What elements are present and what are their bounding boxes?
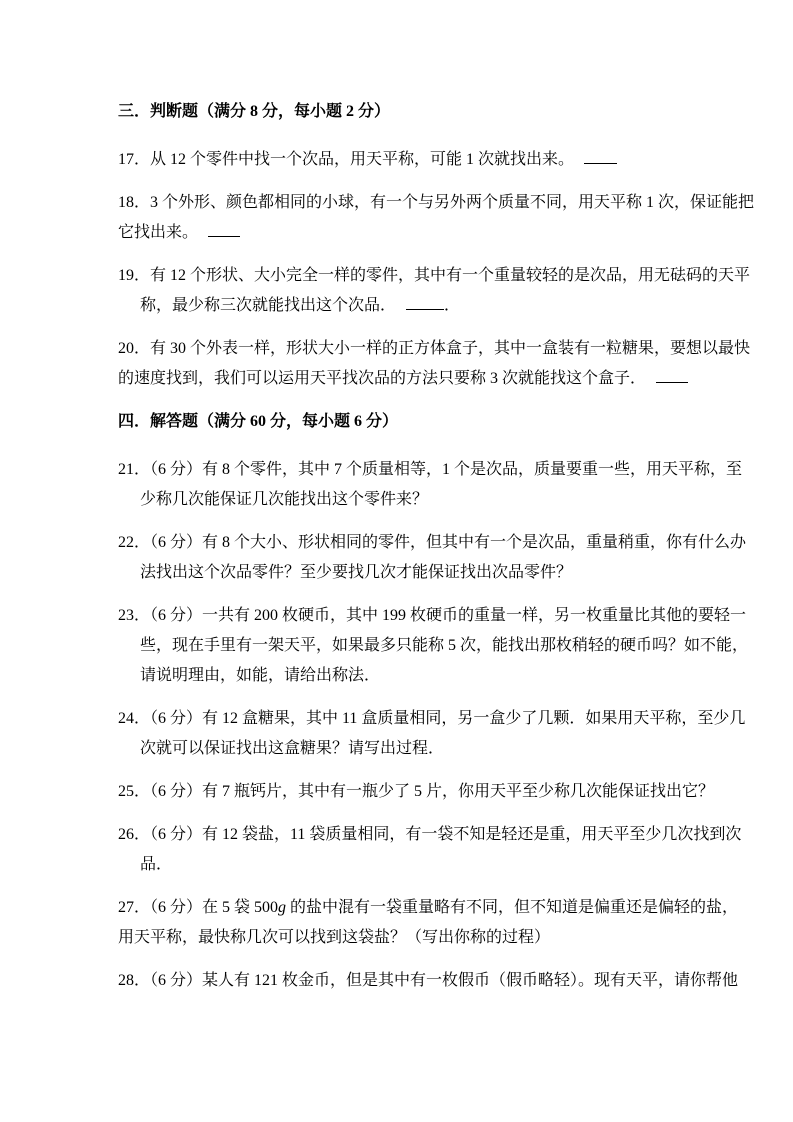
question-21-line: 21．（6 分）有 8 个零件，其中 7 个质量相等，1 个是次品，质量要重一些… [118, 455, 683, 485]
question-19-line: 称，最少称三次就能找出这个次品．． [118, 291, 683, 321]
answer-blank [208, 233, 240, 237]
question-text: 的盐中混有一袋重量略有不同，但不知道是偏重还是偏轻的盐， [286, 899, 738, 916]
question-text: 17．从 12 个零件中找一个次品，用天平称，可能 1 次就找出来。 [118, 151, 574, 168]
question-text: 次就可以保证找出这盒糖果？请写出过程． [140, 740, 444, 757]
question-text: 称，最少称三次就能找出这个次品． [140, 297, 396, 314]
question-22-line: 22．（6 分）有 8 个大小、形状相同的零件，但其中有一个是次品，重量稍重，你… [118, 528, 683, 558]
question-26: 26．（6 分）有 12 袋盐，11 袋质量相同，有一袋不知是轻还是重，用天平至… [118, 820, 683, 880]
question-27-line: 用天平称，最快称几次可以找到这袋盐？（写出你称的过程） [118, 923, 683, 953]
question-21: 21．（6 分）有 8 个零件，其中 7 个质量相等，1 个是次品，质量要重一些… [118, 455, 683, 515]
question-text: 用天平称，最快称几次可以找到这袋盐？（写出你称的过程） [118, 929, 550, 946]
section-3-heading: 三．判断题（满分 8 分，每小题 2 分） [118, 97, 683, 127]
question-20-line: 20．有 30 个外表一样，形状大小一样的正方体盒子，其中一盒装有一粒糖果，要想… [118, 334, 683, 364]
question-18-line: 18．3 个外形、颜色都相同的小球，有一个与另外两个质量不同，用天平称 1 次，… [118, 188, 683, 218]
question-23: 23．（6 分）一共有 200 枚硬币，其中 199 枚硬币的重量一样，另一枚重… [118, 601, 683, 691]
question-26-line: 品． [118, 850, 683, 880]
worksheet-page: 三．判断题（满分 8 分，每小题 2 分）17．从 12 个零件中找一个次品，用… [0, 0, 793, 1122]
question-text: 21．（6 分）有 8 个零件，其中 7 个质量相等，1 个是次品，质量要重一些… [118, 461, 742, 478]
question-text: 20．有 30 个外表一样，形状大小一样的正方体盒子，其中一盒装有一粒糖果，要想… [118, 340, 750, 357]
question-22-line: 法找出这个次品零件？至少要找几次才能保证找出次品零件？ [118, 558, 683, 588]
answer-blank [406, 306, 444, 310]
question-21-line: 少称几次能保证几次能找出这个零件来？ [118, 485, 683, 515]
question-text: 少称几次能保证几次能找出这个零件来？ [140, 491, 428, 508]
answer-blank [656, 379, 688, 383]
question-23-line: 些，现在手里有一架天平，如果最多只能称 5 次，能找出那枚稍轻的硬币吗？如不能， [118, 631, 683, 661]
question-text: 它找出来。 [118, 224, 198, 241]
question-28: 28．（6 分）某人有 121 枚金币，但是其中有一枚假币（假币略轻）。现有天平… [118, 966, 683, 996]
question-27-line: 27．（6 分）在 5 袋 500g 的盐中混有一袋重量略有不同，但不知道是偏重… [118, 893, 683, 923]
document-body: 三．判断题（满分 8 分，每小题 2 分）17．从 12 个零件中找一个次品，用… [118, 97, 683, 996]
question-text: 品． [140, 856, 172, 873]
question-25-line: 25．（6 分）有 7 瓶钙片，其中有一瓶少了 5 片，你用天平至少称几次能保证… [118, 777, 683, 807]
question-17-line: 17．从 12 个零件中找一个次品，用天平称，可能 1 次就找出来。 [118, 145, 683, 175]
section-4-heading: 四．解答题（满分 60 分，每小题 6 分） [118, 407, 683, 437]
question-17: 17．从 12 个零件中找一个次品，用天平称，可能 1 次就找出来。 [118, 145, 683, 175]
question-text: 24．（6 分）有 12 盒糖果，其中 11 盒质量相同，另一盒少了几颗．如果用… [118, 710, 745, 727]
question-text: 25．（6 分）有 7 瓶钙片，其中有一瓶少了 5 片，你用天平至少称几次能保证… [118, 783, 714, 800]
question-text: 法找出这个次品零件？至少要找几次才能保证找出次品零件？ [140, 564, 572, 581]
question-24: 24．（6 分）有 12 盒糖果，其中 11 盒质量相同，另一盒少了几颗．如果用… [118, 704, 683, 764]
question-23-line: 请说明理由，如能，请给出称法． [118, 661, 683, 691]
question-text: 19．有 12 个形状、大小完全一样的零件，其中有一个重量较轻的是次品，用无砝码… [118, 267, 750, 284]
question-text: 26．（6 分）有 12 袋盐，11 袋质量相同，有一袋不知是轻还是重，用天平至… [118, 826, 741, 843]
question-19-line: 19．有 12 个形状、大小完全一样的零件，其中有一个重量较轻的是次品，用无砝码… [118, 261, 683, 291]
question-text: 23．（6 分）一共有 200 枚硬币，其中 199 枚硬币的重量一样，另一枚重… [118, 607, 746, 624]
question-20: 20．有 30 个外表一样，形状大小一样的正方体盒子，其中一盒装有一粒糖果，要想… [118, 334, 683, 394]
question-24-line: 24．（6 分）有 12 盒糖果，其中 11 盒质量相同，另一盒少了几颗．如果用… [118, 704, 683, 734]
question-18: 18．3 个外形、颜色都相同的小球，有一个与另外两个质量不同，用天平称 1 次，… [118, 188, 683, 248]
question-text: g [278, 899, 286, 916]
question-19: 19．有 12 个形状、大小完全一样的零件，其中有一个重量较轻的是次品，用无砝码… [118, 261, 683, 321]
question-27: 27．（6 分）在 5 袋 500g 的盐中混有一袋重量略有不同，但不知道是偏重… [118, 893, 683, 953]
question-text: ． [444, 297, 460, 314]
question-text: 22．（6 分）有 8 个大小、形状相同的零件，但其中有一个是次品，重量稍重，你… [118, 534, 746, 551]
answer-blank [584, 160, 617, 164]
question-28-line: 28．（6 分）某人有 121 枚金币，但是其中有一枚假币（假币略轻）。现有天平… [118, 966, 683, 996]
question-text: 的速度找到，我们可以运用天平找次品的方法只要称 3 次就能找这个盒子． [118, 370, 646, 387]
question-text: 27．（6 分）在 5 袋 500 [118, 899, 278, 916]
question-text: 请说明理由，如能，请给出称法． [140, 667, 380, 684]
question-22: 22．（6 分）有 8 个大小、形状相同的零件，但其中有一个是次品，重量稍重，你… [118, 528, 683, 588]
question-25: 25．（6 分）有 7 瓶钙片，其中有一瓶少了 5 片，你用天平至少称几次能保证… [118, 777, 683, 807]
question-text: 28．（6 分）某人有 121 枚金币，但是其中有一枚假币（假币略轻）。现有天平… [118, 972, 738, 989]
question-24-line: 次就可以保证找出这盒糖果？请写出过程． [118, 734, 683, 764]
question-text: 18．3 个外形、颜色都相同的小球，有一个与另外两个质量不同，用天平称 1 次，… [118, 194, 754, 211]
question-18-line: 它找出来。 [118, 218, 683, 248]
question-23-line: 23．（6 分）一共有 200 枚硬币，其中 199 枚硬币的重量一样，另一枚重… [118, 601, 683, 631]
question-20-line: 的速度找到，我们可以运用天平找次品的方法只要称 3 次就能找这个盒子． [118, 364, 683, 394]
question-text: 些，现在手里有一架天平，如果最多只能称 5 次，能找出那枚稍轻的硬币吗？如不能， [140, 637, 748, 654]
question-26-line: 26．（6 分）有 12 袋盐，11 袋质量相同，有一袋不知是轻还是重，用天平至… [118, 820, 683, 850]
